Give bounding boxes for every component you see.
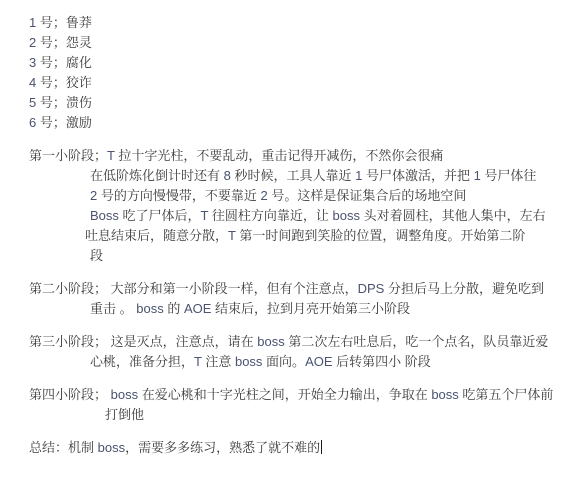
corpse-number-list: 1 号；鲁莽2 号；怨灵3 号；腐化4 号；狡诈5 号；溃伤6 号；激励 bbox=[29, 13, 570, 133]
latin-text: T bbox=[201, 208, 209, 223]
text-line: 5 号；溃伤 bbox=[29, 93, 570, 113]
latin-text: 3 bbox=[29, 55, 36, 70]
latin-text: T bbox=[194, 354, 202, 369]
text-line: 2 号；怨灵 bbox=[29, 33, 570, 53]
latin-text: boss bbox=[332, 208, 359, 223]
text-line: 心桃，准备分担，T 注意 boss 面向。AOE 后转第四小 阶段 bbox=[29, 352, 570, 372]
latin-text: 5 bbox=[29, 95, 36, 110]
text-line: Boss 吃了尸体后，T 往圆柱方向靠近，让 boss 头对着圆柱，其他人集中，… bbox=[29, 206, 570, 226]
document-page[interactable]: 1 号；鲁莽2 号；怨灵3 号；腐化4 号；狡诈5 号；溃伤6 号；激励第一小阶… bbox=[0, 0, 580, 483]
text-line: 3 号；腐化 bbox=[29, 53, 570, 73]
latin-text: 2 bbox=[260, 188, 267, 203]
latin-text: Boss bbox=[90, 208, 119, 223]
text-line: 总结：机制 boss，需要多多练习，熟悉了就不难的 bbox=[29, 438, 570, 458]
text-line: 1 号；鲁莽 bbox=[29, 13, 570, 33]
text-line: 4 号；狡诈 bbox=[29, 73, 570, 93]
phase-2-notes: 第二小阶段； 大部分和第一小阶段一样，但有个注意点，DPS 分担后马上分散，避免… bbox=[29, 279, 570, 319]
text-line: 2 号的方向慢慢带，不要靠近 2 号。这样是保证集合后的场地空间 bbox=[29, 186, 570, 206]
latin-text: boss bbox=[136, 301, 163, 316]
phase-3-notes: 第三小阶段； 这是灭点，注意点，请在 boss 第二次左右吐息后，吃一个点名，队… bbox=[29, 332, 570, 372]
phase-1-notes: 第一小阶段；T 拉十字光柱，不要乱动，重击记得开减伤，不然你会很痛在低阶炼化倒计… bbox=[29, 146, 570, 266]
phase-4-notes: 第四小阶段； boss 在爱心桃和十字光柱之间，开始全力输出，争取在 boss … bbox=[29, 385, 570, 425]
latin-text: 1 bbox=[474, 168, 481, 183]
latin-text: boss bbox=[431, 387, 458, 402]
text-line: 6 号；激励 bbox=[29, 113, 570, 133]
text-line: 第三小阶段； 这是灭点，注意点，请在 boss 第二次左右吐息后，吃一个点名，队… bbox=[29, 332, 570, 352]
latin-text: T bbox=[228, 228, 236, 243]
latin-text: T bbox=[107, 148, 115, 163]
text-line: 第四小阶段； boss 在爱心桃和十字光柱之间，开始全力输出，争取在 boss … bbox=[29, 385, 570, 405]
latin-text: AOE bbox=[184, 301, 211, 316]
text-line: 段 bbox=[29, 246, 570, 266]
latin-text: boss bbox=[98, 440, 125, 455]
text-cursor bbox=[321, 440, 322, 454]
text-line: 吐息结束后，随意分散，T 第一时间跑到笑脸的位置，调整角度。开始第二阶 bbox=[29, 226, 570, 246]
document-body: 1 号；鲁莽2 号；怨灵3 号；腐化4 号；狡诈5 号；溃伤6 号；激励第一小阶… bbox=[29, 13, 570, 458]
latin-text: boss bbox=[235, 354, 262, 369]
latin-text: AOE bbox=[305, 354, 332, 369]
latin-text: 6 bbox=[29, 115, 36, 130]
summary: 总结：机制 boss，需要多多练习，熟悉了就不难的 bbox=[29, 438, 570, 458]
latin-text: 8 bbox=[224, 168, 231, 183]
latin-text: boss bbox=[257, 334, 284, 349]
latin-text: 1 bbox=[355, 168, 362, 183]
text-line: 打倒他 bbox=[29, 405, 570, 425]
text-line: 在低阶炼化倒计时还有 8 秒时候，工具人靠近 1 号尸体激活，并把 1 号尸体往 bbox=[29, 166, 570, 186]
text-line: 第二小阶段； 大部分和第一小阶段一样，但有个注意点，DPS 分担后马上分散，避免… bbox=[29, 279, 570, 299]
latin-text: 4 bbox=[29, 75, 36, 90]
latin-text: boss bbox=[111, 387, 138, 402]
text-line: 第一小阶段；T 拉十字光柱，不要乱动，重击记得开减伤，不然你会很痛 bbox=[29, 146, 570, 166]
latin-text: 2 bbox=[90, 188, 97, 203]
latin-text: 1 bbox=[29, 15, 36, 30]
latin-text: 2 bbox=[29, 35, 36, 50]
text-line: 重击 。 boss 的 AOE 结束后，拉到月亮开始第三小阶段 bbox=[29, 299, 570, 319]
latin-text: DPS bbox=[358, 281, 385, 296]
